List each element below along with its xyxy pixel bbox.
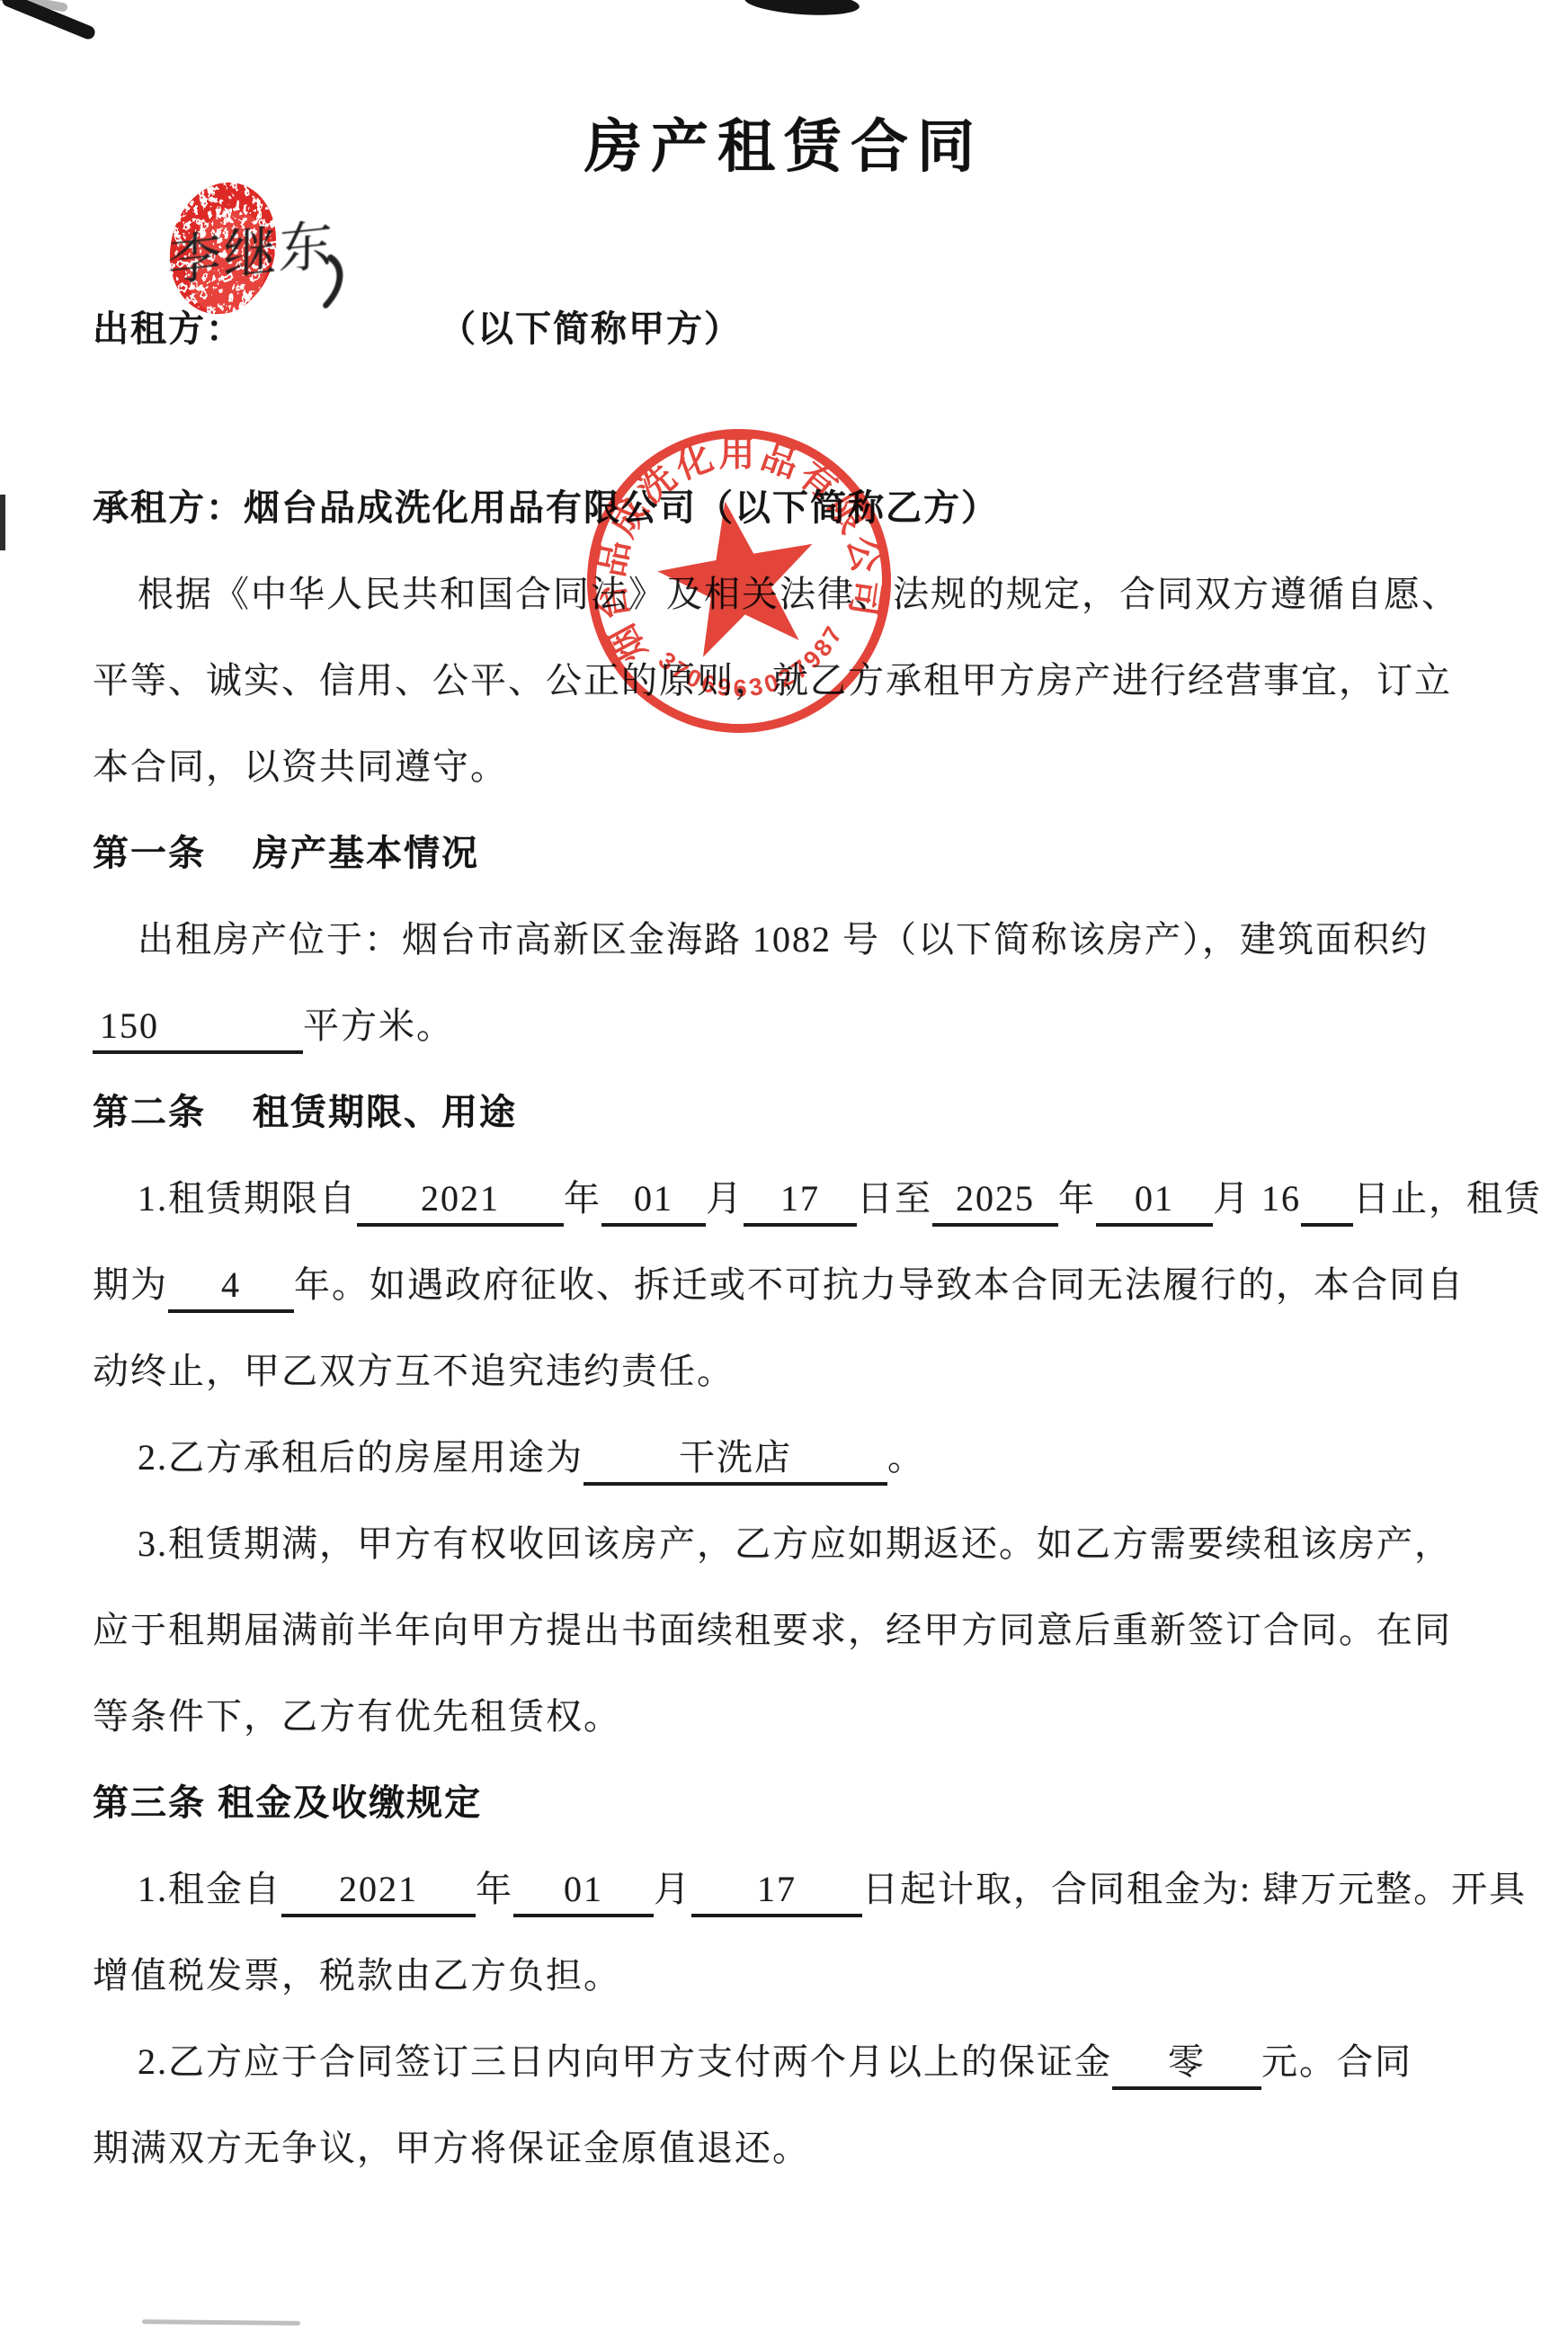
article-2-heading: 第二条租赁期限、用途 <box>93 1069 1495 1156</box>
form-blank: 零 <box>1112 2040 1261 2090</box>
article-2-line-3: 动终止，甲乙双方互不追究违约责任。 <box>93 1328 1495 1415</box>
text-run: 月 <box>706 1178 744 1219</box>
page-title: 房产租赁合同 <box>0 101 1568 183</box>
article-2-line-6: 应于租期届满前半年向甲方提出书面续租要求，经甲方同意后重新签订合同。在同 <box>93 1587 1495 1674</box>
text-run: 增值税发票，税款由乙方负担。 <box>93 1955 621 1996</box>
article-2-line-7: 等条件下，乙方有优先租赁权。 <box>93 1674 1495 1760</box>
article-2-line-1: 1.租赁期限自2021年01月17日至2025年01月 16 日止，租赁 <box>93 1156 1495 1242</box>
signature-flourish <box>321 252 354 309</box>
form-blank: 2021 <box>357 1176 564 1227</box>
text-run: 期为 <box>93 1264 168 1305</box>
text-run: 房产基本情况 <box>253 834 479 873</box>
text-run: （以下简称甲方） <box>440 309 742 349</box>
text-run: 租赁期限、用途 <box>253 1093 517 1132</box>
text-gap <box>244 334 440 341</box>
text-run: 动终止，甲乙双方互不追究违约责任。 <box>93 1351 735 1391</box>
article-3-line-3: 2.乙方应于合同签订三日内向甲方支付两个月以上的保证金零元。合同 <box>93 2019 1495 2105</box>
text-run: 日止，租赁 <box>1353 1178 1542 1219</box>
form-blank: 4 <box>168 1263 294 1313</box>
article-3-line-1: 1.租金自2021年01月17日起计取，合同租金为: 肆万元整。开具 <box>93 1846 1495 1933</box>
scan-top-smudge <box>744 0 860 18</box>
article-3-line-2: 增值税发票，税款由乙方负担。 <box>93 1933 1495 2019</box>
lessor-signature-name: 李继东 <box>167 215 334 292</box>
text-run: 1.租金自 <box>138 1869 281 1909</box>
text-run: 等条件下，乙方有优先租赁权。 <box>93 1696 621 1737</box>
form-blank: 01 <box>513 1867 654 1917</box>
form-blank: 01 <box>601 1176 706 1227</box>
text-run: 应于租期届满前半年向甲方提出书面续租要求，经甲方同意后重新签订合同。在同 <box>93 1610 1452 1650</box>
text-run: 年 <box>1058 1178 1096 1219</box>
scan-left-edge-mark <box>0 495 5 550</box>
text-run: 年 <box>476 1869 513 1909</box>
text-run: 日至 <box>857 1178 932 1219</box>
form-blank: 01 <box>1096 1176 1213 1227</box>
form-blank: 17 <box>691 1867 862 1917</box>
text-run: 。 <box>887 1437 925 1478</box>
text-run: 1.租赁期限自 <box>138 1178 357 1219</box>
text-run: 第一条 <box>93 834 206 873</box>
text-run: 第二条 <box>93 1093 206 1132</box>
form-blank <box>1301 1176 1353 1227</box>
text-run: 元。合同 <box>1261 2041 1412 2082</box>
text-run: 日起计取，合同租金为: 肆万元整。开具 <box>862 1869 1527 1909</box>
article-2-line-5: 3.租赁期满，甲方有权收回该房产，乙方应如期返还。如乙方需要续租该房产， <box>93 1501 1495 1587</box>
article-2-line-2: 期为4年。如遇政府征收、拆迁或不可抗力导致本合同无法履行的，本合同自 <box>93 1242 1495 1328</box>
form-blank: 2021 <box>281 1867 476 1917</box>
form-blank: 干洗店 <box>584 1435 887 1486</box>
text-run: 第三条 租金及收缴规定 <box>93 1783 482 1823</box>
text-run: 月 <box>654 1869 691 1909</box>
text-run: 2.乙方应于合同签订三日内向甲方支付两个月以上的保证金 <box>138 2041 1112 2082</box>
text-run: 本合同，以资共同遵守。 <box>93 746 508 787</box>
lessor-signature: 李继东 <box>167 198 366 318</box>
form-blank: 150 <box>93 1004 303 1054</box>
article-1-line-2: 150平方米。 <box>93 983 1495 1069</box>
form-blank: 2025 <box>932 1176 1058 1227</box>
seal-star <box>647 487 828 662</box>
text-run: 2.乙方承租后的房屋用途为 <box>138 1437 584 1478</box>
article-3-heading: 第三条 租金及收缴规定 <box>93 1760 1495 1846</box>
text-run: 3.租赁期满，甲方有权收回该房产，乙方应如期返还。如乙方需要续租该房产， <box>138 1523 1452 1564</box>
article-2-line-4: 2.乙方承租后的房屋用途为干洗店。 <box>93 1415 1495 1501</box>
text-run: 出租房产位于：烟台市高新区金海路 1082 号（以下简称该房产），建筑面积约 <box>138 919 1429 960</box>
text-run: 期满双方无争议，甲方将保证金原值退还。 <box>93 2128 810 2168</box>
text-gap <box>206 1117 253 1124</box>
scan-corner-mark <box>0 0 117 50</box>
contract-page: 房产租赁合同 出租方：（以下简称甲方）承租方：烟台品成洗化用品有限公司（以下简称… <box>0 0 1568 2331</box>
article-1-heading: 第一条房产基本情况 <box>93 810 1495 897</box>
text-run: 平方米。 <box>303 1005 454 1046</box>
article-1-line-1: 出租房产位于：烟台市高新区金海路 1082 号（以下简称该房产），建筑面积约 <box>93 897 1495 983</box>
company-seal: 烟台品成洗化用品有限公司 3706963027987 <box>577 419 901 743</box>
scan-bottom-streak <box>142 2319 300 2326</box>
article-3-line-4: 期满双方无争议，甲方将保证金原值退还。 <box>93 2105 1495 2192</box>
form-blank: 17 <box>744 1176 857 1227</box>
text-gap <box>206 858 253 865</box>
text-run: 年 <box>564 1178 601 1219</box>
text-run: 年。如遇政府征收、拆迁或不可抗力导致本合同无法履行的，本合同自 <box>294 1264 1465 1305</box>
text-run: 月 16 <box>1213 1178 1301 1219</box>
